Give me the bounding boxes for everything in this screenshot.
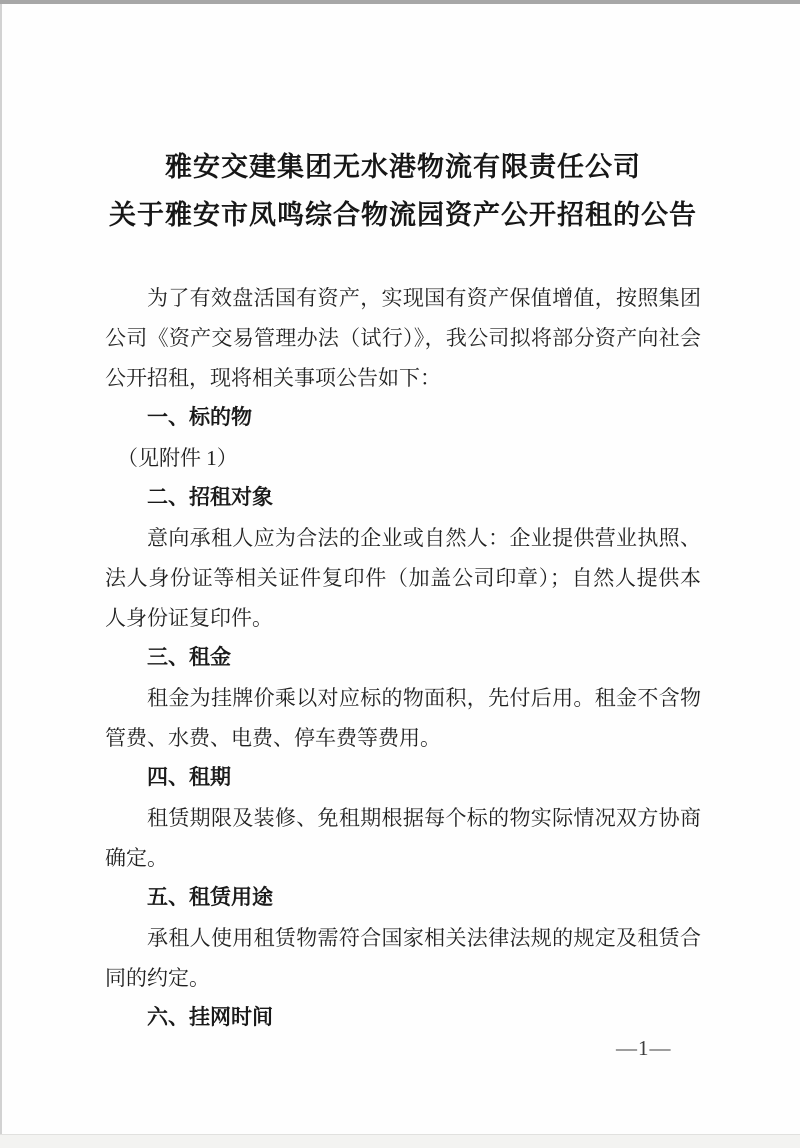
- document-content: 雅安交建集团无水港物流有限责任公司 关于雅安市凤鸣综合物流园资产公开招租的公告 …: [105, 0, 701, 1038]
- scan-edge-left: [0, 4, 2, 1134]
- attachment-note: （见附件 1）: [105, 438, 701, 478]
- page-number: —1—: [616, 1034, 672, 1062]
- document-title-line1: 雅安交建集团无水港物流有限责任公司: [105, 143, 701, 191]
- document-title-line2: 关于雅安市凤鸣综合物流园资产公开招租的公告: [105, 191, 701, 239]
- intro-paragraph: 为了有效盘活国有资产，实现国有资产保值增值，按照集团公司《资产交易管理办法（试行…: [105, 278, 701, 398]
- section-body-3: 租金为挂牌价乘以对应标的物面积，先付后用。租金不含物管费、水费、电费、停车费等费…: [105, 678, 701, 758]
- section-body-4: 租赁期限及装修、免租期根据每个标的物实际情况双方协商确定。: [105, 798, 701, 878]
- section-heading-1: 一、标的物: [105, 398, 701, 438]
- section-heading-4: 四、租期: [105, 758, 701, 798]
- document-page: 雅安交建集团无水港物流有限责任公司 关于雅安市凤鸣综合物流园资产公开招租的公告 …: [0, 0, 800, 1148]
- scan-edge-bottom: [0, 1134, 800, 1148]
- section-heading-2: 二、招租对象: [105, 478, 701, 518]
- section-heading-6: 六、挂网时间: [105, 998, 701, 1038]
- document-title: 雅安交建集团无水港物流有限责任公司 关于雅安市凤鸣综合物流园资产公开招租的公告: [105, 143, 701, 239]
- section-body-5: 承租人使用租赁物需符合国家相关法律法规的规定及租赁合同的约定。: [105, 918, 701, 998]
- section-heading-3: 三、租金: [105, 638, 701, 678]
- section-heading-5: 五、租赁用途: [105, 878, 701, 918]
- section-body-2: 意向承租人应为合法的企业或自然人：企业提供营业执照、法人身份证等相关证件复印件（…: [105, 518, 701, 638]
